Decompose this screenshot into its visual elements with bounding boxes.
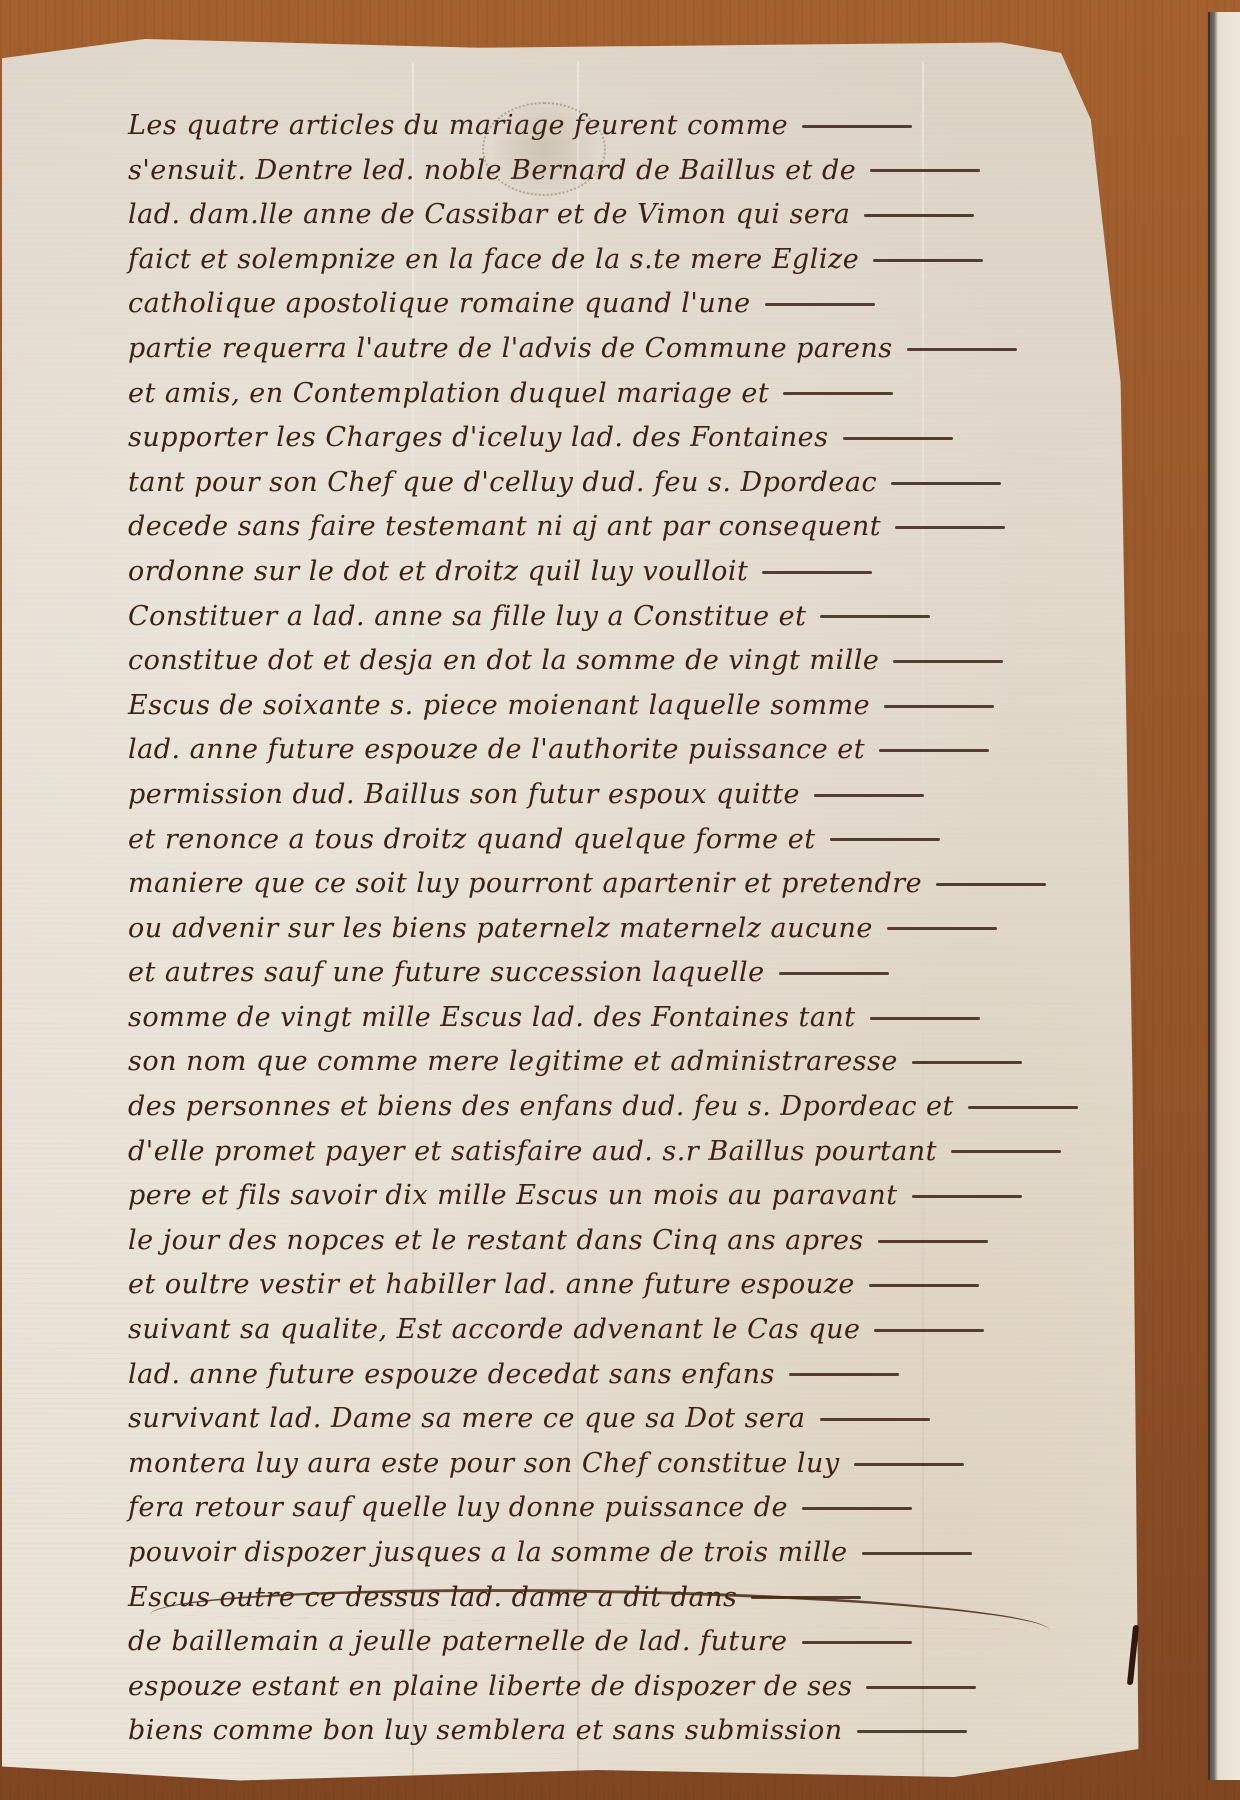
manuscript-line-text: supporter les Charges d'iceluy lad. des … — [128, 416, 829, 461]
manuscript-line: partie requerra l'autre de l'advis de Co… — [128, 327, 1128, 372]
line-filler-dash — [912, 1061, 1022, 1064]
manuscript-line-text: ordonne sur le dot et droitz quil luy vo… — [128, 550, 748, 595]
line-filler-dash — [864, 214, 974, 217]
manuscript-line: decede sans faire testemant ni aj ant pa… — [128, 505, 1128, 550]
manuscript-line-text: constitue dot et desja en dot la somme d… — [128, 639, 879, 684]
manuscript-line-text: montera luy aura este pour son Chef cons… — [128, 1442, 840, 1487]
manuscript-line-text: des personnes et biens des enfans dud. f… — [128, 1085, 954, 1130]
line-filler-dash — [866, 1686, 976, 1689]
line-filler-dash — [843, 437, 953, 440]
manuscript-line-text: et oultre vestir et habiller lad. anne f… — [128, 1263, 855, 1308]
line-filler-dash — [762, 571, 872, 574]
manuscript-line: espouze estant en plaine liberte de disp… — [128, 1665, 1128, 1710]
line-filler-dash — [870, 1017, 980, 1020]
manuscript-line-text: espouze estant en plaine liberte de disp… — [128, 1665, 852, 1710]
manuscript-line-text: Les quatre articles du mariage feurent c… — [128, 104, 788, 149]
line-filler-dash — [936, 883, 1046, 886]
manuscript-line: lad. anne future espouze decedat sans en… — [128, 1353, 1128, 1398]
manuscript-line: constitue dot et desja en dot la somme d… — [128, 639, 1128, 684]
line-filler-dash — [789, 1373, 899, 1376]
manuscript-line-text: permission dud. Baillus son futur espoux… — [128, 773, 800, 818]
manuscript-line: ordonne sur le dot et droitz quil luy vo… — [128, 550, 1128, 595]
line-filler-dash — [887, 927, 997, 930]
line-filler-dash — [814, 794, 924, 797]
manuscript-line: son nom que comme mere legitime et admin… — [128, 1040, 1128, 1085]
line-filler-dash — [968, 1106, 1078, 1109]
manuscript-line: et amis, en Contemplation duquel mariage… — [128, 372, 1128, 417]
line-filler-dash — [893, 660, 1003, 663]
line-filler-dash — [884, 705, 994, 708]
line-filler-dash — [779, 972, 889, 975]
manuscript-line-text: lad. anne future espouze de l'authorite … — [128, 728, 865, 773]
manuscript-line-text: Escus de soixante s. piece moienant laqu… — [128, 684, 870, 729]
line-filler-dash — [895, 526, 1005, 529]
manuscript-line-text: de baillemain a jeulle paternelle de lad… — [128, 1620, 788, 1665]
manuscript-line: lad. anne future espouze de l'authorite … — [128, 728, 1128, 773]
manuscript-line-text: et autres sauf une future succession laq… — [128, 951, 765, 996]
manuscript-line-text: faict et solempnize en la face de la s.t… — [128, 238, 859, 283]
manuscript-line-text: decede sans faire testemant ni aj ant pa… — [128, 505, 881, 550]
line-filler-dash — [765, 303, 875, 306]
line-filler-dash — [854, 1463, 964, 1466]
manuscript-line: catholique apostolique romaine quand l'u… — [128, 282, 1128, 327]
line-filler-dash — [878, 1240, 988, 1243]
manuscript-line: montera luy aura este pour son Chef cons… — [128, 1442, 1128, 1487]
manuscript-line-text: tant pour son Chef que d'celluy dud. feu… — [128, 461, 877, 506]
manuscript-line: et oultre vestir et habiller lad. anne f… — [128, 1263, 1128, 1308]
manuscript-line: et renonce a tous droitz quand quelque f… — [128, 818, 1128, 863]
line-filler-dash — [820, 1418, 930, 1421]
adjacent-sheet-edge — [1208, 12, 1240, 1780]
line-filler-dash — [874, 1329, 984, 1332]
manuscript-line-text: biens comme bon luy semblera et sans sub… — [128, 1709, 843, 1754]
manuscript-line-text: lad. dam.lle anne de Cassibar et de Vimo… — [128, 193, 850, 238]
manuscript-line: supporter les Charges d'iceluy lad. des … — [128, 416, 1128, 461]
manuscript-line: pouvoir dispozer jusques a la somme de t… — [128, 1531, 1128, 1576]
manuscript-line-text: le jour des nopces et le restant dans Ci… — [128, 1219, 864, 1264]
manuscript-line: Les quatre articles du mariage feurent c… — [128, 104, 1128, 149]
manuscript-line: survivant lad. Dame sa mere ce que sa Do… — [128, 1397, 1128, 1442]
manuscript-line: somme de vingt mille Escus lad. des Font… — [128, 996, 1128, 1041]
manuscript-line: lad. dam.lle anne de Cassibar et de Vimo… — [128, 193, 1128, 238]
manuscript-line: d'elle promet payer et satisfaire aud. s… — [128, 1130, 1128, 1175]
manuscript-line: s'ensuit. Dentre led. noble Bernard de B… — [128, 149, 1128, 194]
line-filler-dash — [857, 1730, 967, 1733]
line-filler-dash — [802, 1641, 912, 1644]
manuscript-line-text: partie requerra l'autre de l'advis de Co… — [128, 327, 893, 372]
manuscript-line-text: pere et fils savoir dix mille Escus un m… — [128, 1174, 898, 1219]
manuscript-line: et autres sauf une future succession laq… — [128, 951, 1128, 996]
manuscript-line-text: fera retour sauf quelle luy donne puissa… — [128, 1486, 788, 1531]
manuscript-text-block: Les quatre articles du mariage feurent c… — [128, 104, 1128, 1754]
manuscript-line-text: pouvoir dispozer jusques a la somme de t… — [128, 1531, 848, 1576]
line-filler-dash — [869, 1284, 979, 1287]
manuscript-line-text: lad. anne future espouze decedat sans en… — [128, 1353, 775, 1398]
line-filler-dash — [802, 125, 912, 128]
line-filler-dash — [783, 392, 893, 395]
manuscript-line: permission dud. Baillus son futur espoux… — [128, 773, 1128, 818]
manuscript-line: des personnes et biens des enfans dud. f… — [128, 1085, 1128, 1130]
line-filler-dash — [862, 1552, 972, 1555]
manuscript-line: pere et fils savoir dix mille Escus un m… — [128, 1174, 1128, 1219]
manuscript-line: maniere que ce soit luy pourront aparten… — [128, 862, 1128, 907]
manuscript-line: biens comme bon luy semblera et sans sub… — [128, 1709, 1128, 1754]
manuscript-line: Constituer a lad. anne sa fille luy a Co… — [128, 595, 1128, 640]
manuscript-line-text: ou advenir sur les biens paternelz mater… — [128, 907, 873, 952]
manuscript-line: ou advenir sur les biens paternelz mater… — [128, 907, 1128, 952]
manuscript-line: faict et solempnize en la face de la s.t… — [128, 238, 1128, 283]
manuscript-line-text: suivant sa qualite, Est accorde advenant… — [128, 1308, 860, 1353]
line-filler-dash — [802, 1507, 912, 1510]
manuscript-line-text: et amis, en Contemplation duquel mariage… — [128, 372, 769, 417]
manuscript-line-text: son nom que comme mere legitime et admin… — [128, 1040, 898, 1085]
manuscript-line: suivant sa qualite, Est accorde advenant… — [128, 1308, 1128, 1353]
line-filler-dash — [873, 259, 983, 262]
line-filler-dash — [907, 348, 1017, 351]
manuscript-line-text: maniere que ce soit luy pourront aparten… — [128, 862, 922, 907]
manuscript-line-text: somme de vingt mille Escus lad. des Font… — [128, 996, 856, 1041]
manuscript-line: le jour des nopces et le restant dans Ci… — [128, 1219, 1128, 1264]
line-filler-dash — [891, 482, 1001, 485]
manuscript-line: fera retour sauf quelle luy donne puissa… — [128, 1486, 1128, 1531]
line-filler-dash — [870, 169, 980, 172]
line-filler-dash — [879, 749, 989, 752]
line-filler-dash — [912, 1195, 1022, 1198]
line-filler-dash — [951, 1150, 1061, 1153]
line-filler-dash — [820, 615, 930, 618]
manuscript-line-text: catholique apostolique romaine quand l'u… — [128, 282, 751, 327]
manuscript-line: tant pour son Chef que d'celluy dud. feu… — [128, 461, 1128, 506]
line-filler-dash — [830, 838, 940, 841]
manuscript-line: Escus de soixante s. piece moienant laqu… — [128, 684, 1128, 729]
manuscript-line-text: et renonce a tous droitz quand quelque f… — [128, 818, 816, 863]
manuscript-line-text: survivant lad. Dame sa mere ce que sa Do… — [128, 1397, 806, 1442]
manuscript-line-text: s'ensuit. Dentre led. noble Bernard de B… — [128, 149, 856, 194]
manuscript-line-text: d'elle promet payer et satisfaire aud. s… — [128, 1130, 937, 1175]
manuscript-line-text: Constituer a lad. anne sa fille luy a Co… — [128, 595, 806, 640]
